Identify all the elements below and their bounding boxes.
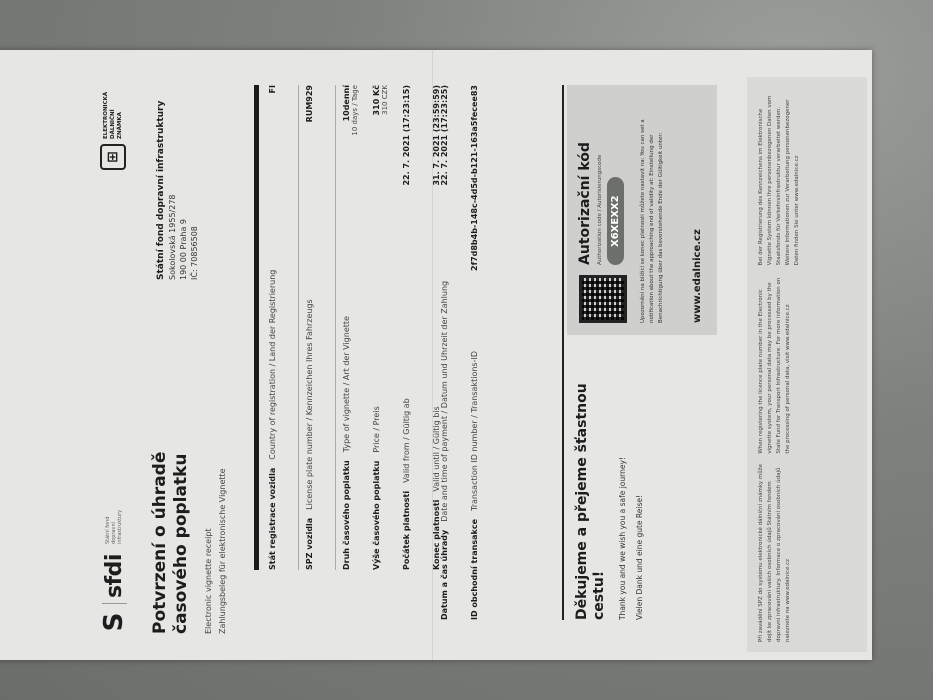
- privacy-footer: Při zavádění SPZ do systému elektronické…: [747, 77, 867, 652]
- section-divider: [254, 85, 259, 570]
- detail-row: Výše časového poplatku Price / Preis 310…: [372, 85, 402, 570]
- detail-row: Počátek platnosti Valid from / Gültig ab…: [402, 85, 432, 570]
- transaction-id-value: 2f7d8b4b-148c-4d5d-b121-163a5fecee83: [470, 85, 479, 271]
- section-divider: [562, 85, 564, 620]
- price-value: 310 Kč310 CZK: [372, 85, 389, 115]
- authorization-title: Autorizační kód: [577, 142, 593, 265]
- sfdi-logo-icon: S: [100, 610, 128, 634]
- authorization-box: Autorizační kód Authorization code / Aut…: [567, 85, 717, 335]
- qr-code-icon: [579, 275, 627, 323]
- plate-value: RUM929: [305, 85, 314, 122]
- greeting-title: Děkujeme a přejeme šťastnou cestu!: [574, 360, 608, 620]
- detail-row: Druh časového poplatku Type of vignette …: [342, 85, 372, 570]
- payment-row: ID obchodní transakce Transaction ID num…: [470, 85, 500, 620]
- payment-details: Datum a čas úhrady Date and time of paym…: [440, 85, 500, 620]
- receipt-title: Potvrzení o úhradě časového poplatku: [150, 394, 192, 634]
- issuer-address: Státní fond dopravní infrastruktury Soko…: [156, 101, 200, 280]
- photo-background: S sfdi Státní fond dopravní infrastruktu…: [0, 0, 933, 700]
- edalnice-logo: ⊞ ELEKTRONICKÁ DÁLNIČNÍ ZNÁMKA: [100, 97, 126, 170]
- payment-datetime-value: 22. 7. 2021 (17:23:25): [440, 85, 449, 186]
- payment-row: Datum a čas úhrady Date and time of paym…: [440, 85, 470, 620]
- valid-from-value: 22. 7. 2021 (17:23:15): [402, 85, 411, 186]
- country-value: FI: [268, 85, 277, 93]
- sfdi-logo: S sfdi Státní fond dopravní infrastruktu…: [100, 514, 128, 634]
- greeting: Děkujeme a přejeme šťastnou cestu! Thank…: [574, 360, 652, 620]
- vignette-type-value: 10denní10 days / Tage: [342, 85, 359, 136]
- detail-row: SPZ vozidla License plate number / Kennz…: [305, 85, 336, 570]
- highway-vignette-icon: ⊞: [100, 144, 126, 170]
- authorization-code: X6XEXX2: [607, 177, 624, 265]
- receipt-subtitle: Electronic vignette receipt Zahlungsbele…: [202, 468, 230, 634]
- edalnice-link: www.edalnice.cz: [692, 229, 703, 323]
- detail-row: Stát registrace vozidla Country of regis…: [268, 85, 299, 570]
- receipt-sheet: S sfdi Státní fond dopravní infrastruktu…: [0, 50, 872, 660]
- vignette-details: Stát registrace vozidla Country of regis…: [268, 85, 462, 570]
